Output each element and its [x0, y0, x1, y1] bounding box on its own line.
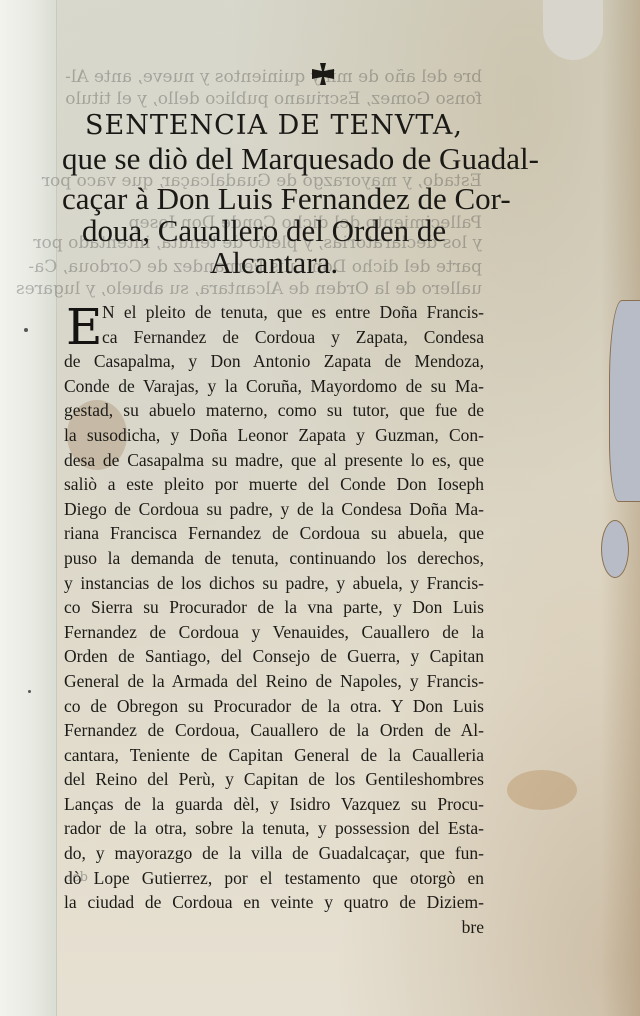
page-edge-shadow — [601, 0, 640, 1016]
body-line: saliò a este pleito por muerte del Conde… — [64, 472, 484, 497]
body-line: del Reino del Perù, y Capitan de los Gen… — [64, 767, 484, 792]
body-line: ca Fernandez de Cordoua y Zapata, Condes… — [64, 325, 484, 350]
body-line: rador de la otra, sobre la tenuta, y pos… — [64, 816, 484, 841]
body-line: Lanças de la guarda dèl, y Isidro Vazque… — [64, 792, 484, 817]
body-line: la susodicha, y Doña Leonor Zapata y Guz… — [64, 423, 484, 448]
document-title: SENTENCIA DE TENVTA, — [64, 110, 484, 141]
cross-pattee-icon — [312, 63, 334, 85]
body-line: puso la demanda de tenuta, continuando l… — [64, 546, 484, 571]
ink-spot — [24, 328, 28, 332]
bleed-through-line: fonso Gomez, Escriuano publico dello, y … — [62, 88, 482, 110]
adjacent-page-strip — [0, 0, 58, 1016]
body-line: General de la Armada del Reino de Napole… — [64, 669, 484, 694]
bleed-through-line: uallero de la Orden de Alcantara, su abu… — [62, 278, 482, 300]
body-line: gestad, su abuelo materno, como su tutor… — [64, 398, 484, 423]
ink-spot — [28, 690, 31, 693]
drop-cap: E — [66, 302, 103, 352]
faded-paper-area — [543, 0, 603, 60]
water-stain — [507, 770, 577, 810]
body-line: do, y mayorazgo de la villa de Guadalcaç… — [64, 841, 484, 866]
subtitle-line: que se diò del Marquesado de Guadal- — [62, 142, 482, 176]
bleed-through-line: bre del año de mil y quinientos y nueve,… — [62, 66, 482, 88]
subtitle-line: caçar à Don Luis Fernandez de Cor- — [62, 182, 482, 216]
body-line: desa de Casapalma su madre, que al prese… — [64, 448, 484, 473]
faint-footer-mark: ·lcb — [64, 870, 88, 885]
body-line: co Sierra su Procurador de la vna parte,… — [64, 595, 484, 620]
torn-paper-hole — [601, 520, 629, 578]
body-line: co de Obregon su Procurador de la otra. … — [64, 694, 484, 719]
body-line: Conde de Varajas, y la Coruña, Mayordomo… — [64, 374, 484, 399]
body-line: dò Lope Gutierrez, por el testamento que… — [64, 866, 484, 891]
body-line: Diego de Cordoua su padre, y de la Conde… — [64, 497, 484, 522]
subtitle-line: doua, Cauallero del Orden de — [82, 214, 502, 248]
body-line: Fernandez de Cordoua y Venauides, Cauall… — [64, 620, 484, 645]
torn-paper-area — [609, 300, 640, 502]
body-line: de Casapalma, y Don Antonio Zapata de Me… — [64, 349, 484, 374]
body-paragraph: E N el pleito de tenuta, que es entre Do… — [64, 300, 484, 939]
catchword: bre — [64, 915, 484, 940]
body-line: Orden de Santiago, del Consejo de Guerra… — [64, 644, 484, 669]
subtitle-line: Alcantara. — [64, 246, 484, 280]
body-line: y instancias de los dichos su padre, y a… — [64, 571, 484, 596]
body-line: la ciudad de Cordoua en veinte y quatro … — [64, 890, 484, 915]
body-line: cantara, Teniente de Capitan General de … — [64, 743, 484, 768]
body-line: Fernandez de Cordoua, Cauallero de la Or… — [64, 718, 484, 743]
body-line: N el pleito de tenuta, que es entre Doña… — [64, 300, 484, 325]
body-line: riana Francisca Fernandez de Cordoua su … — [64, 521, 484, 546]
